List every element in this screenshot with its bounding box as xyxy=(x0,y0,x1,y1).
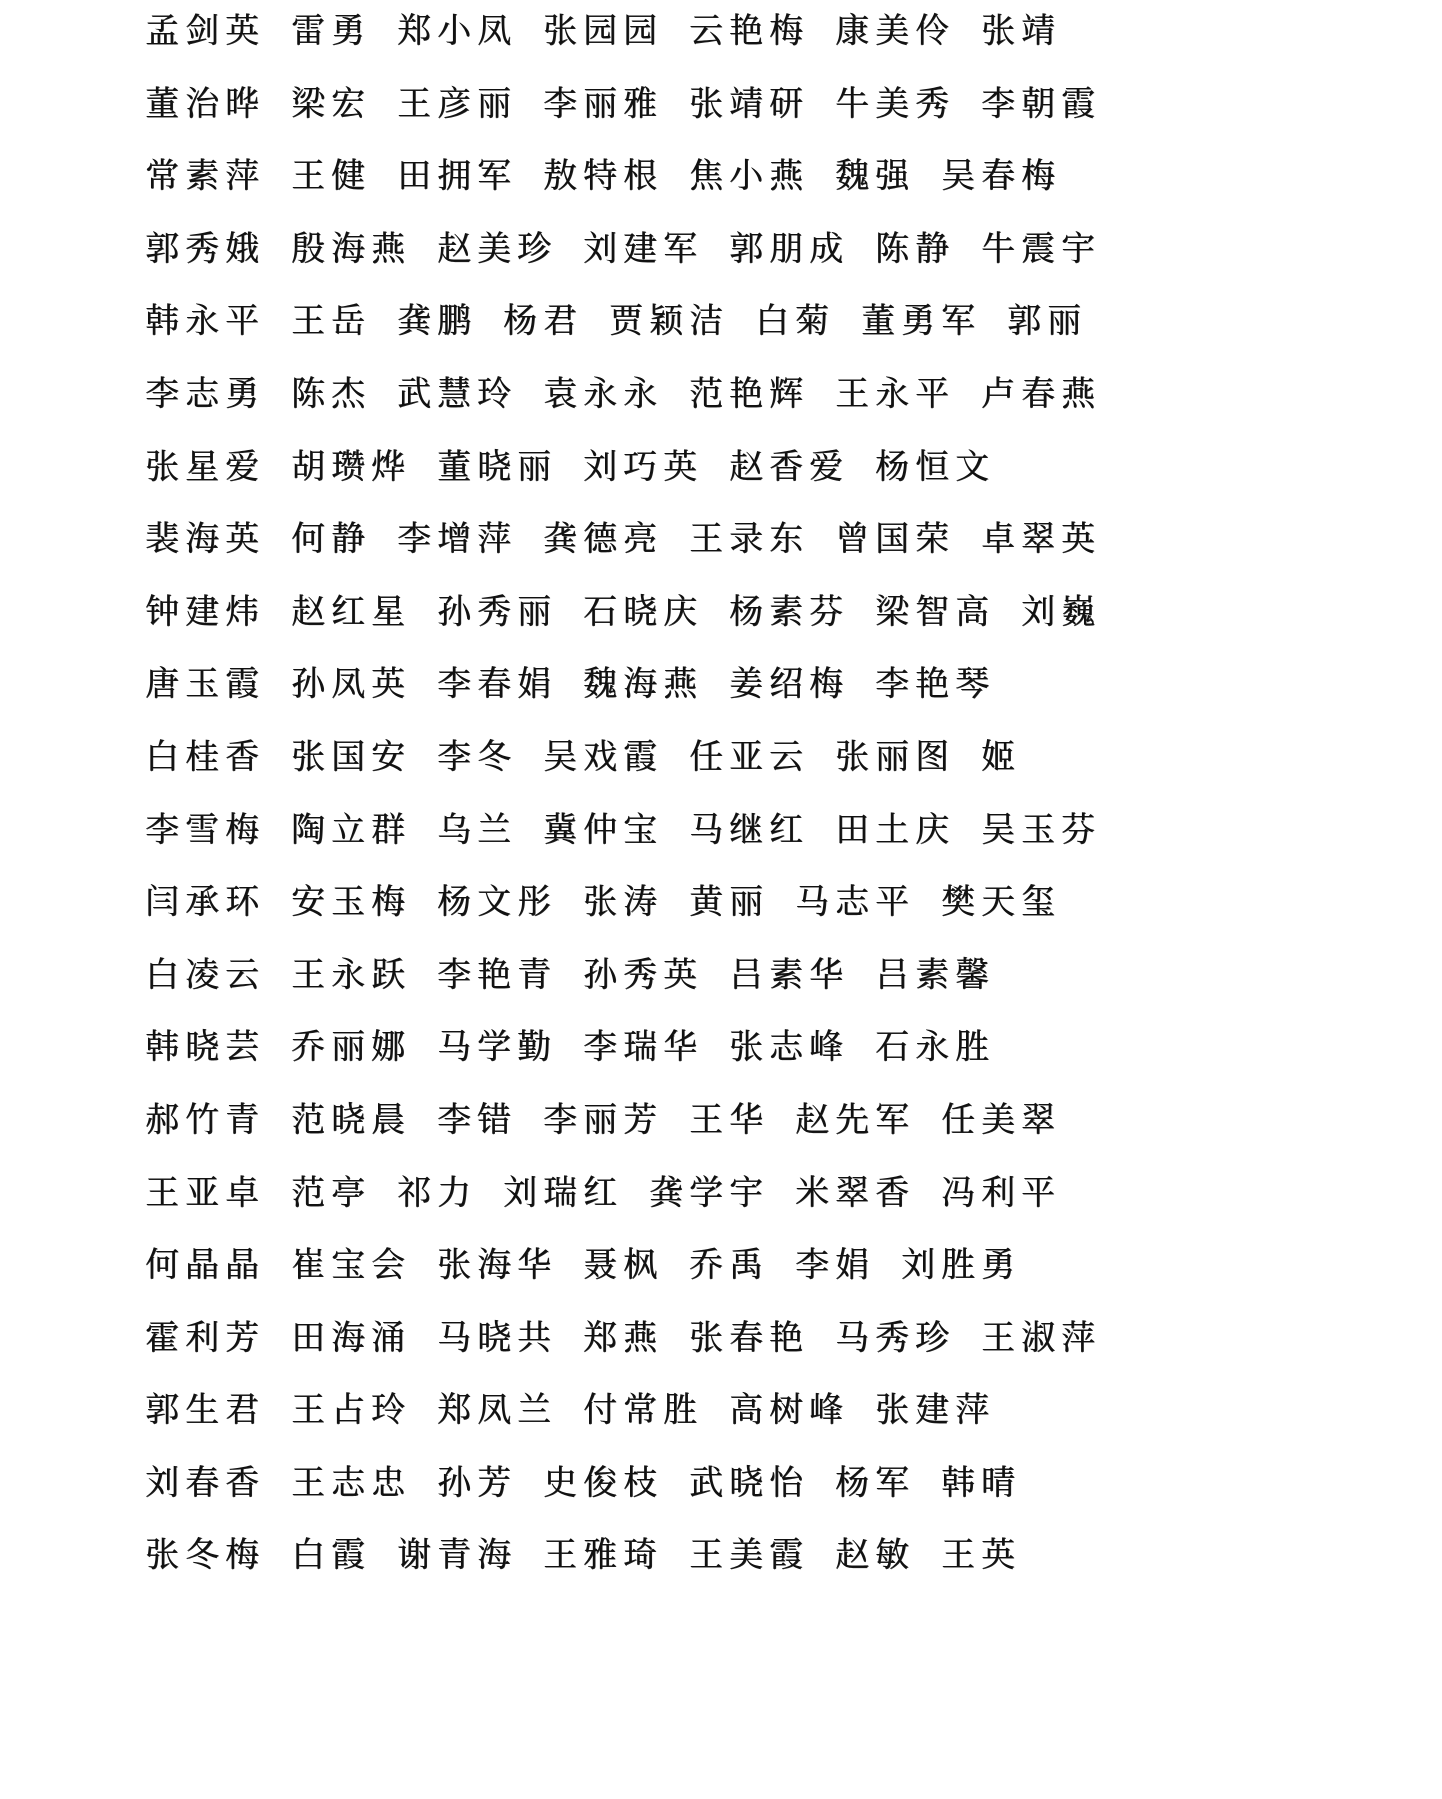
person-name: 郭朋成 xyxy=(729,213,849,286)
name-row: 郝竹青范晓晨李错李丽芳王华赵先军任美翠 xyxy=(145,1084,1145,1157)
person-name: 雷勇 xyxy=(291,0,371,68)
person-name: 唐玉霞 xyxy=(145,648,265,721)
person-name: 赵香爱 xyxy=(729,431,849,504)
person-name: 安玉梅 xyxy=(291,866,411,939)
person-name: 郑燕 xyxy=(583,1302,663,1375)
person-name: 冯利平 xyxy=(941,1157,1061,1230)
person-name: 魏强 xyxy=(835,140,915,213)
person-name: 王彦丽 xyxy=(397,68,517,141)
person-name: 康美伶 xyxy=(835,0,955,68)
person-name: 黄丽 xyxy=(689,866,769,939)
person-name: 马志平 xyxy=(795,866,915,939)
person-name: 牛震宇 xyxy=(981,213,1101,286)
person-name: 马秀珍 xyxy=(835,1302,955,1375)
person-name: 白霞 xyxy=(291,1519,371,1592)
person-name: 刘春香 xyxy=(145,1447,265,1520)
person-name: 董晓丽 xyxy=(437,431,557,504)
name-row: 郭秀娥殷海燕赵美珍刘建军郭朋成陈静牛震宇 xyxy=(145,213,1145,286)
person-name: 王华 xyxy=(689,1084,769,1157)
name-row: 白凌云王永跃李艳青孙秀英吕素华吕素馨 xyxy=(145,939,1145,1012)
person-name: 张国安 xyxy=(291,721,411,794)
person-name: 杨文彤 xyxy=(437,866,557,939)
person-name: 孙芳 xyxy=(437,1447,517,1520)
person-name: 李瑞华 xyxy=(583,1011,703,1084)
name-row: 唐玉霞孙凤英李春娟魏海燕姜绍梅李艳琴 xyxy=(145,648,1145,721)
person-name: 吕素馨 xyxy=(875,939,995,1012)
person-name: 张丽图 xyxy=(835,721,955,794)
name-row: 常素萍王健田拥军敖特根焦小燕魏强吴春梅 xyxy=(145,140,1145,213)
person-name: 刘瑞红 xyxy=(503,1157,623,1230)
person-name: 裴海英 xyxy=(145,503,265,576)
person-name: 郭生君 xyxy=(145,1374,265,1447)
person-name: 王录东 xyxy=(689,503,809,576)
person-name: 王健 xyxy=(291,140,371,213)
person-name: 赵美珍 xyxy=(437,213,557,286)
person-name: 胡瓒烨 xyxy=(291,431,411,504)
person-name: 范亭 xyxy=(291,1157,371,1230)
person-name: 王英 xyxy=(941,1519,1021,1592)
person-name: 吕素华 xyxy=(729,939,849,1012)
name-row: 钟建炜赵红星孙秀丽石晓庆杨素芬梁智高刘巍 xyxy=(145,576,1145,649)
person-name: 郑凤兰 xyxy=(437,1374,557,1447)
person-name: 韩晓芸 xyxy=(145,1011,265,1084)
person-name: 杨君 xyxy=(503,285,583,358)
person-name: 敖特根 xyxy=(543,140,663,213)
person-name: 聂枫 xyxy=(583,1229,663,1302)
person-name: 张海华 xyxy=(437,1229,557,1302)
name-row: 韩晓芸乔丽娜马学勤李瑞华张志峰石永胜 xyxy=(145,1011,1145,1084)
person-name: 李春娟 xyxy=(437,648,557,721)
person-name: 董治晔 xyxy=(145,68,265,141)
person-name: 张志峰 xyxy=(729,1011,849,1084)
person-name: 钟建炜 xyxy=(145,576,265,649)
person-name: 龚鹏 xyxy=(397,285,477,358)
name-row: 白桂香张国安李冬吴戏霞任亚云张丽图姬 xyxy=(145,721,1145,794)
person-name: 张靖 xyxy=(981,0,1061,68)
person-name: 常素萍 xyxy=(145,140,265,213)
person-name: 李志勇 xyxy=(145,358,265,431)
person-name: 范艳辉 xyxy=(689,358,809,431)
person-name: 杨恒文 xyxy=(875,431,995,504)
person-name: 祁力 xyxy=(397,1157,477,1230)
person-name: 范晓晨 xyxy=(291,1084,411,1157)
person-name: 姜绍梅 xyxy=(729,648,849,721)
person-name: 石晓庆 xyxy=(583,576,703,649)
person-name: 云艳梅 xyxy=(689,0,809,68)
person-name: 韩永平 xyxy=(145,285,265,358)
person-name: 张靖研 xyxy=(689,68,809,141)
person-name: 焦小燕 xyxy=(689,140,809,213)
person-name: 李娟 xyxy=(795,1229,875,1302)
person-name: 樊天玺 xyxy=(941,866,1061,939)
person-name: 张涛 xyxy=(583,866,663,939)
person-name: 张园园 xyxy=(543,0,663,68)
person-name: 史俊枝 xyxy=(543,1447,663,1520)
person-name: 吴春梅 xyxy=(941,140,1061,213)
person-name: 梁智高 xyxy=(875,576,995,649)
person-name: 韩晴 xyxy=(941,1447,1021,1520)
person-name: 白凌云 xyxy=(145,939,265,1012)
name-row: 闫承环安玉梅杨文彤张涛黄丽马志平樊天玺 xyxy=(145,866,1145,939)
person-name: 王志忠 xyxy=(291,1447,411,1520)
person-name: 吴戏霞 xyxy=(543,721,663,794)
name-row: 张冬梅白霞谢青海王雅琦王美霞赵敏王英 xyxy=(145,1519,1145,1592)
name-row: 李志勇陈杰武慧玲袁永永范艳辉王永平卢春燕 xyxy=(145,358,1145,431)
person-name: 李雪梅 xyxy=(145,794,265,867)
person-name: 谢青海 xyxy=(397,1519,517,1592)
person-name: 董勇军 xyxy=(861,285,981,358)
person-name: 闫承环 xyxy=(145,866,265,939)
person-name: 白桂香 xyxy=(145,721,265,794)
person-name: 张冬梅 xyxy=(145,1519,265,1592)
person-name: 孙秀丽 xyxy=(437,576,557,649)
person-name: 王永平 xyxy=(835,358,955,431)
name-row: 裴海英何静李增萍龚德亮王录东曾国荣卓翠英 xyxy=(145,503,1145,576)
person-name: 吴玉芬 xyxy=(981,794,1101,867)
person-name: 刘胜勇 xyxy=(901,1229,1021,1302)
person-name: 乌兰 xyxy=(437,794,517,867)
person-name: 王永跃 xyxy=(291,939,411,1012)
person-name: 赵先军 xyxy=(795,1084,915,1157)
name-row: 张星爱胡瓒烨董晓丽刘巧英赵香爱杨恒文 xyxy=(145,431,1145,504)
person-name: 郝竹青 xyxy=(145,1084,265,1157)
person-name: 李增萍 xyxy=(397,503,517,576)
person-name: 张春艳 xyxy=(689,1302,809,1375)
person-name: 冀仲宝 xyxy=(543,794,663,867)
person-name: 石永胜 xyxy=(875,1011,995,1084)
person-name: 田土庆 xyxy=(835,794,955,867)
person-name: 王亚卓 xyxy=(145,1157,265,1230)
name-row: 刘春香王志忠孙芳史俊枝武晓怡杨军韩晴 xyxy=(145,1447,1145,1520)
person-name: 武慧玲 xyxy=(397,358,517,431)
name-row: 董治晔梁宏王彦丽李丽雅张靖研牛美秀李朝霞 xyxy=(145,68,1145,141)
person-name: 梁宏 xyxy=(291,68,371,141)
person-name: 贾颖洁 xyxy=(609,285,729,358)
person-name: 武晓怡 xyxy=(689,1447,809,1520)
person-name: 赵敏 xyxy=(835,1519,915,1592)
person-name: 孟剑英 xyxy=(145,0,265,68)
person-name: 乔丽娜 xyxy=(291,1011,411,1084)
name-row: 韩永平王岳龚鹏杨君贾颖洁白菊董勇军郭丽 xyxy=(145,285,1145,358)
person-name: 卢春燕 xyxy=(981,358,1101,431)
person-name: 龚德亮 xyxy=(543,503,663,576)
person-name: 任亚云 xyxy=(689,721,809,794)
person-name: 郭丽 xyxy=(1007,285,1087,358)
person-name: 刘巍 xyxy=(1021,576,1101,649)
person-name: 王占玲 xyxy=(291,1374,411,1447)
person-name: 魏海燕 xyxy=(583,648,703,721)
person-name: 田海涌 xyxy=(291,1302,411,1375)
document-page: 孟剑英雷勇郑小凤张园园云艳梅康美伶张靖董治晔梁宏王彦丽李丽雅张靖研牛美秀李朝霞常… xyxy=(0,0,1442,1799)
person-name: 杨素芬 xyxy=(729,576,849,649)
person-name: 姬 xyxy=(981,721,1021,794)
name-row: 郭生君王占玲郑凤兰付常胜高树峰张建萍 xyxy=(145,1374,1145,1447)
person-name: 马学勤 xyxy=(437,1011,557,1084)
person-name: 任美翠 xyxy=(941,1084,1061,1157)
person-name: 李艳琴 xyxy=(875,648,995,721)
name-row: 王亚卓范亭祁力刘瑞红龚学宇米翠香冯利平 xyxy=(145,1157,1145,1230)
person-name: 殷海燕 xyxy=(291,213,411,286)
name-row: 何晶晶崔宝会张海华聂枫乔禹李娟刘胜勇 xyxy=(145,1229,1145,1302)
person-name: 卓翠英 xyxy=(981,503,1101,576)
person-name: 米翠香 xyxy=(795,1157,915,1230)
person-name: 马继红 xyxy=(689,794,809,867)
person-name: 刘建军 xyxy=(583,213,703,286)
person-name: 袁永永 xyxy=(543,358,663,431)
person-name: 马晓共 xyxy=(437,1302,557,1375)
person-name: 白菊 xyxy=(755,285,835,358)
person-name: 曾国荣 xyxy=(835,503,955,576)
person-name: 陶立群 xyxy=(291,794,411,867)
person-name: 崔宝会 xyxy=(291,1229,411,1302)
person-name: 张建萍 xyxy=(875,1374,995,1447)
person-name: 李艳青 xyxy=(437,939,557,1012)
person-name: 王雅琦 xyxy=(543,1519,663,1592)
person-name: 李冬 xyxy=(437,721,517,794)
person-name: 高树峰 xyxy=(729,1374,849,1447)
person-name: 刘巧英 xyxy=(583,431,703,504)
person-name: 王岳 xyxy=(291,285,371,358)
person-name: 孙秀英 xyxy=(583,939,703,1012)
name-row: 霍利芳田海涌马晓共郑燕张春艳马秀珍王淑萍 xyxy=(145,1302,1145,1375)
name-list: 孟剑英雷勇郑小凤张园园云艳梅康美伶张靖董治晔梁宏王彦丽李丽雅张靖研牛美秀李朝霞常… xyxy=(145,0,1145,1592)
name-row: 李雪梅陶立群乌兰冀仲宝马继红田土庆吴玉芬 xyxy=(145,794,1145,867)
person-name: 王淑萍 xyxy=(981,1302,1101,1375)
person-name: 李朝霞 xyxy=(981,68,1101,141)
person-name: 田拥军 xyxy=(397,140,517,213)
person-name: 付常胜 xyxy=(583,1374,703,1447)
name-row: 孟剑英雷勇郑小凤张园园云艳梅康美伶张靖 xyxy=(145,0,1145,68)
person-name: 郑小凤 xyxy=(397,0,517,68)
person-name: 乔禹 xyxy=(689,1229,769,1302)
person-name: 何静 xyxy=(291,503,371,576)
person-name: 陈静 xyxy=(875,213,955,286)
person-name: 李丽雅 xyxy=(543,68,663,141)
person-name: 李错 xyxy=(437,1084,517,1157)
person-name: 霍利芳 xyxy=(145,1302,265,1375)
person-name: 何晶晶 xyxy=(145,1229,265,1302)
person-name: 牛美秀 xyxy=(835,68,955,141)
person-name: 张星爱 xyxy=(145,431,265,504)
person-name: 郭秀娥 xyxy=(145,213,265,286)
person-name: 王美霞 xyxy=(689,1519,809,1592)
person-name: 孙凤英 xyxy=(291,648,411,721)
person-name: 杨军 xyxy=(835,1447,915,1520)
person-name: 李丽芳 xyxy=(543,1084,663,1157)
person-name: 龚学宇 xyxy=(649,1157,769,1230)
person-name: 赵红星 xyxy=(291,576,411,649)
person-name: 陈杰 xyxy=(291,358,371,431)
